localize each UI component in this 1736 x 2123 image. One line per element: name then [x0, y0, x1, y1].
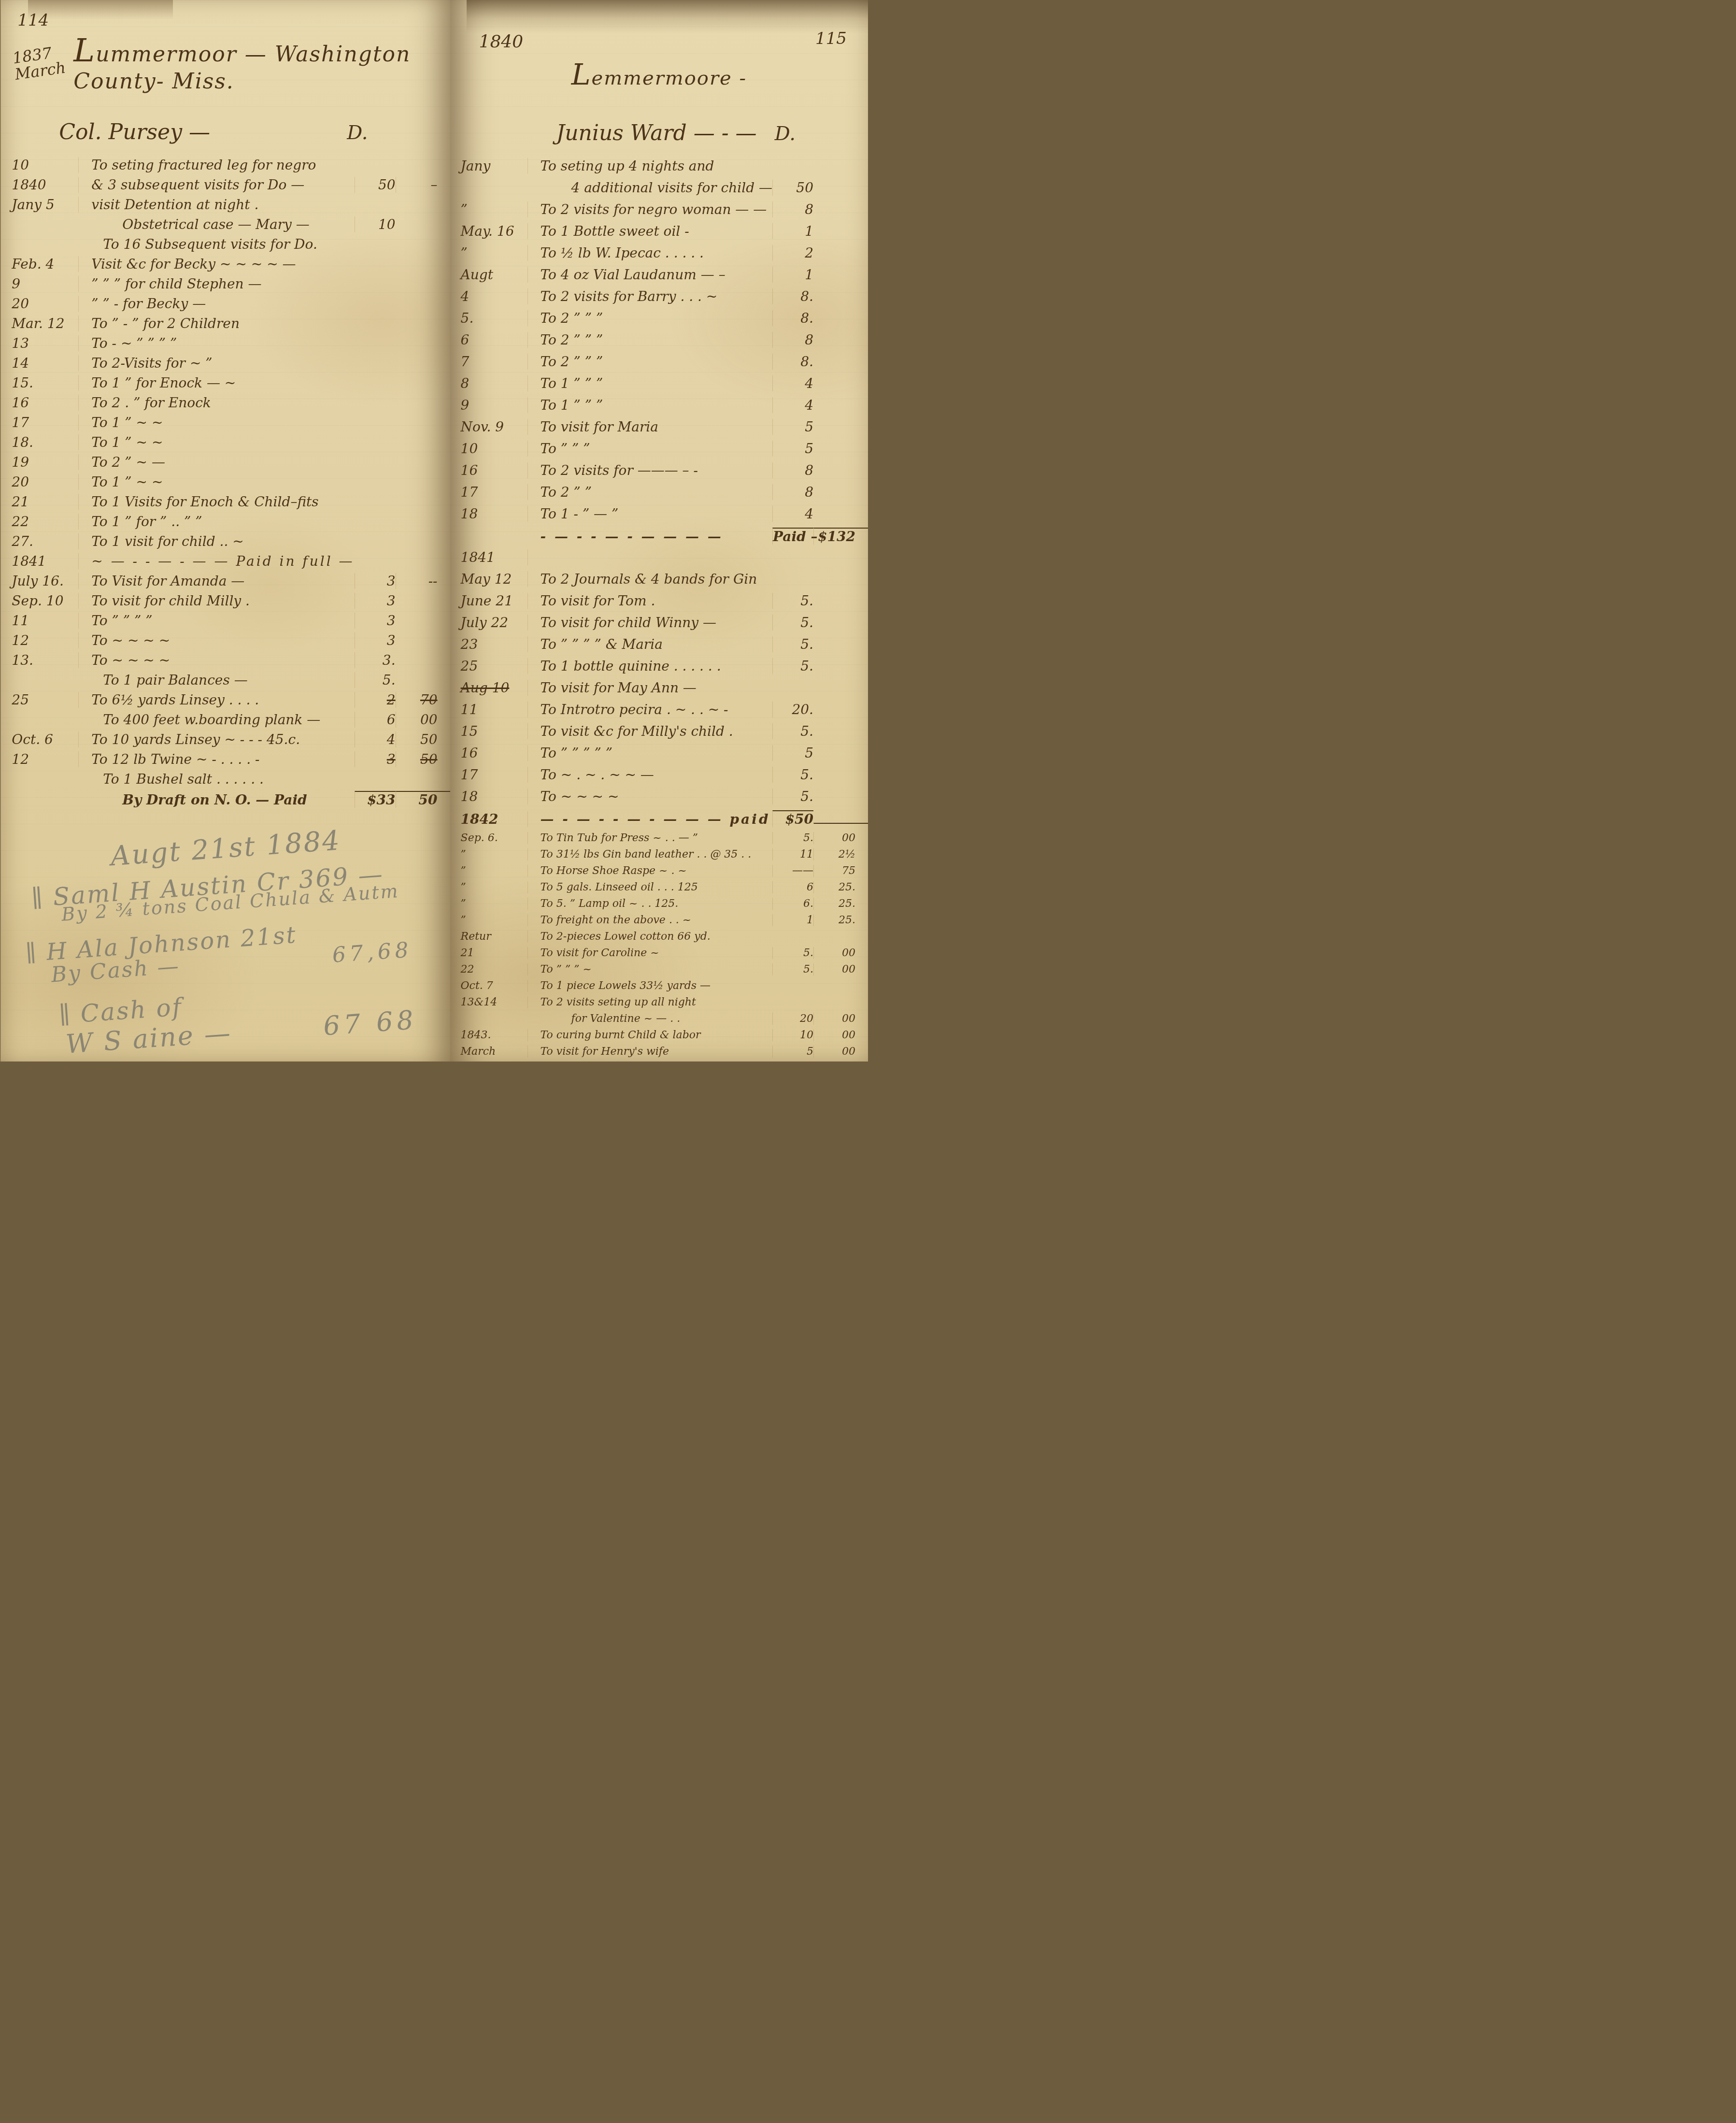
entry-amount-dollars: 4: [772, 375, 813, 391]
entry-date: 11: [1, 613, 79, 629]
pencil-value: 67,68: [331, 937, 413, 967]
ledger-row: 1843.To curing burnt Child & labor1000: [450, 1029, 868, 1046]
entry-date: 18: [450, 789, 528, 804]
entry-description: To visit &c for Milly's child .: [528, 723, 772, 739]
entry-amount-dollars: 4: [772, 506, 813, 522]
entry-description: To 2 . ” for Enock: [79, 395, 354, 411]
ledger-row: 23To ” ” ” ” & Maria5.: [450, 636, 868, 658]
entry-amount-dollars: 5.: [772, 963, 813, 975]
entry-description: To visit for child Winny —: [528, 615, 772, 631]
entry-amount-dollars: 8: [772, 201, 813, 217]
entry-date: 15.: [1, 375, 79, 391]
ledger-row: 8To 1 ” ” ”4: [450, 375, 868, 397]
entry-description: for Valentine ~ — . .: [528, 1013, 772, 1025]
entry-amount-cents: 25.: [813, 898, 868, 910]
entry-date: 23: [450, 636, 528, 652]
entry-date: 16: [450, 462, 528, 478]
entry-date: ”: [450, 201, 528, 217]
ledger-row: 16To 2 . ” for Enock: [1, 395, 450, 415]
entry-description: To 1 pair Balances —: [79, 672, 354, 688]
ledger-row: June 21To visit for Tom .5.: [450, 593, 868, 615]
entry-description: Visit &c for Becky ~ ~ ~ ~ —: [79, 256, 354, 272]
entry-amount-dollars: 50: [355, 177, 396, 193]
entry-date: 6: [450, 332, 528, 348]
entry-date: March: [450, 1046, 528, 1058]
ledger-row: 9To 1 ” ” ”4: [450, 397, 868, 419]
entry-date: 13&14: [450, 996, 528, 1008]
entry-amount-dollars: 5: [772, 745, 813, 761]
entry-description: To ” - ” for 2 Children: [79, 316, 354, 331]
entry-amount-cents: 00: [813, 1029, 868, 1041]
entry-description: To 2 visits seting up all night: [528, 996, 772, 1008]
ledger-row: - — - - — - — — — —Paid –$132: [450, 528, 868, 549]
entry-description: To ” ” ” ” & Maria: [528, 636, 772, 652]
ledger-row: May. 16To 1 Bottle sweet oil -1: [450, 223, 868, 245]
ledger-row: 17To 1 ” ~ ~: [1, 415, 450, 434]
entry-amount-dollars: 10: [355, 216, 396, 232]
entry-description: To seting up 4 nights and: [528, 158, 772, 174]
ledger-row: 17To 2 ” ”8: [450, 484, 868, 506]
entry-amount-cents: 00: [813, 1013, 868, 1025]
entry-amount-cents: 25.: [813, 881, 868, 893]
entry-description: ~ — - - — - — — Paid in full —: [79, 553, 354, 569]
entry-amount-cents: 00: [813, 1046, 868, 1058]
ledger-row: 5.To 2 ” ” ”8.: [450, 310, 868, 332]
pencil-value: 67 68: [323, 1004, 419, 1041]
entry-description: To 1 Bottle sweet oil -: [528, 223, 772, 239]
ledger-row: Feb. 4Visit &c for Becky ~ ~ ~ ~ —: [1, 256, 450, 276]
entry-amount-dollars: 4: [772, 397, 813, 413]
entry-description: Obstetrical case — Mary —: [79, 216, 354, 232]
page-number-right: 115: [815, 29, 847, 48]
ledger-row: 21To 1 Visits for Enoch & Child–fits: [1, 494, 450, 514]
entry-description: To 2 ” ” ”: [528, 332, 772, 348]
entry-date: Aug 10: [450, 680, 528, 696]
ledger-row: ReturTo 2-pieces Lowel cotton 66 yd.: [450, 931, 868, 947]
entry-description: To 12 lb Twine ~ - . . . . -: [79, 751, 354, 767]
account-heading-right: Junius Ward — - — D.: [556, 121, 796, 145]
entry-description: To 1 piece Lowels 33½ yards —: [528, 980, 772, 992]
entry-description: To 2 visits for negro woman — —: [528, 201, 772, 217]
ledger-row: 13&14To 2 visits seting up all night: [450, 996, 868, 1013]
entry-description: To 2-pieces Lowel cotton 66 yd.: [528, 931, 772, 943]
entry-description: To 2 visits for Barry . . . ~: [528, 288, 772, 304]
ledger-row: Mar. 12To ” - ” for 2 Children: [1, 316, 450, 335]
ledger-row: 6To 2 ” ” ”8: [450, 332, 868, 354]
ledger-page-left: 114 1837 March Lummermoor — Washington C…: [1, 0, 450, 1061]
entry-amount-dollars: 5.: [772, 636, 813, 652]
ledger-row: 16To 2 visits for ——— – -8: [450, 462, 868, 484]
entry-amount-dollars: ——: [772, 865, 813, 877]
entry-amount-dollars: 5: [772, 1046, 813, 1058]
entry-date: Retur: [450, 931, 528, 943]
entry-amount-dollars: 1: [772, 223, 813, 239]
entry-amount-dollars: 5.: [772, 723, 813, 739]
entry-date: 12: [1, 751, 79, 767]
ledger-row: 14To 2-Visits for ~ ”: [1, 355, 450, 375]
ledger-row: ”To 5. ” Lamp oil ~ . . 125.6.25.: [450, 898, 868, 914]
entry-description: To curing burnt Child & labor: [528, 1029, 772, 1041]
ledger-row: 1842— - — - - — - — — — paid$50: [450, 810, 868, 832]
ledger-entries-right: JanyTo seting up 4 nights and4 additiona…: [450, 158, 868, 1061]
entry-description: By Draft on N. O. — Paid: [79, 792, 354, 808]
ledger-row: 15.To 1 ” for Enock — ~: [1, 375, 450, 395]
ledger-row: 25To 1 bottle quinine . . . . . .5.: [450, 658, 868, 680]
entry-date: July 22: [450, 615, 528, 631]
entry-date: 15: [450, 723, 528, 739]
entry-date: Feb. 4: [1, 256, 79, 272]
entry-description: To visit for Tom .: [528, 593, 772, 609]
entry-date: 5.: [450, 310, 528, 326]
entry-description: To 1 ” for ” .. ” ”: [79, 514, 354, 530]
entry-description: To 400 feet w.boarding plank —: [79, 712, 354, 728]
ledger-row: 1841: [450, 549, 868, 571]
entry-date: 13: [1, 335, 79, 351]
entry-amount-cents: 2½: [813, 848, 868, 861]
entry-description: To 4 oz Vial Laudanum — –: [528, 267, 772, 283]
entry-description: To 1 Visits for Enoch & Child–fits: [79, 494, 354, 510]
entry-date: 19: [1, 454, 79, 470]
ledger-row: 22To ” ” ” ~5.00: [450, 963, 868, 980]
entry-description: & 3 subsequent visits for Do —: [79, 177, 354, 193]
entry-amount-dollars: 6: [355, 712, 396, 728]
entry-description: To 1 ” ” ”: [528, 397, 772, 413]
entry-amount-dollars: 5.: [772, 615, 813, 631]
entry-description: To visit for Henry's wife: [528, 1046, 772, 1058]
entry-description: To 1 ” for Enock — ~: [79, 375, 354, 391]
ledger-row: Sep. 10To visit for child Milly .3: [1, 593, 450, 613]
entry-description: To ” ” ” ” ”: [528, 745, 772, 761]
entry-date: ”: [450, 245, 528, 261]
entry-amount-dollars: 11: [772, 848, 813, 861]
entry-description: To 2 ” ” ”: [528, 310, 772, 326]
entry-description: To 1 visit for child .. ~: [79, 533, 354, 549]
ledger-row: 10To ” ” ”5: [450, 441, 868, 462]
entry-amount-dollars: 1: [772, 914, 813, 926]
ledger-row: 22To 1 ” for ” .. ” ”: [1, 514, 450, 533]
entry-amount-dollars: $50: [772, 810, 813, 827]
entry-description: — - — - - — - — — — paid: [528, 811, 772, 827]
entry-amount-dollars: 3: [355, 593, 396, 609]
entry-amount-cents: 00: [813, 963, 868, 975]
ledger-row: 7To 2 ” ” ”8.: [450, 354, 868, 375]
ledger-row: 12To ~ ~ ~ ~3: [1, 632, 450, 652]
entry-description: To 2 ” ” ”: [528, 354, 772, 370]
entry-date: 17: [1, 415, 79, 430]
ledger-book: 114 1837 March Lummermoor — Washington C…: [0, 0, 868, 1061]
account-name: Junius Ward — - —: [556, 121, 757, 145]
entry-date: 9: [450, 397, 528, 413]
entry-description: To ” ” ” ~: [528, 963, 772, 975]
entry-date: 9: [1, 276, 79, 292]
ledger-scan: 114 1837 March Lummermoor — Washington C…: [0, 0, 868, 1061]
entry-date: June 21: [450, 593, 528, 609]
debit-abbreviation: D.: [775, 123, 796, 145]
entry-description: To seting fractured leg for negro: [79, 157, 354, 173]
entry-description: To ” ” ”: [528, 441, 772, 457]
ledger-row: 20” ” - for Becky —: [1, 296, 450, 316]
entry-amount-dollars: 8: [772, 484, 813, 500]
entry-date: 21: [1, 494, 79, 510]
entry-date: 13.: [1, 652, 79, 668]
entry-amount-dollars: 3: [355, 751, 396, 767]
ledger-row: 20To 1 ” ~ ~: [1, 474, 450, 494]
entry-amount-cents: 70: [396, 692, 450, 708]
entry-amount-cents: [813, 823, 868, 824]
entry-date: 20: [1, 474, 79, 490]
ledger-row: 25To 6½ yards Linsey . . . .270: [1, 692, 450, 712]
entry-description: To Introtro pecira . ~ . . ~ -: [528, 702, 772, 717]
ledger-row: 11To Introtro pecira . ~ . . ~ -20.: [450, 702, 868, 723]
entry-date: May 12: [450, 571, 528, 587]
entry-amount-dollars: 8: [772, 462, 813, 478]
ledger-row: To 1 Bushel salt . . . . . .: [1, 771, 450, 791]
entry-description: To ½ lb W. Ipecac . . . . .: [528, 245, 772, 261]
entry-date: 12: [1, 632, 79, 648]
entry-date: 1843.: [450, 1029, 528, 1041]
entry-date: 1841: [1, 553, 79, 569]
entry-description: To Tin Tub for Press ~ . . — ”: [528, 832, 772, 844]
entry-description: To 1 Bushel salt . . . . . .: [79, 771, 354, 787]
entry-description: visit Detention at night .: [79, 197, 354, 213]
ledger-row: By Draft on N. O. — Paid$3350: [1, 791, 450, 811]
entry-date: Sep. 6.: [450, 832, 528, 844]
ledger-row: Sep. 6.To Tin Tub for Press ~ . . — ”5.0…: [450, 832, 868, 848]
entry-description: To 1 - ” — ”: [528, 506, 772, 522]
entry-date: 1842: [450, 811, 528, 827]
entry-description: To 2 Journals & 4 bands for Gin: [528, 571, 772, 587]
ledger-row: 18.To 1 ” ~ ~: [1, 434, 450, 454]
ledger-row: 21To visit for Caroline ~5.00: [450, 947, 868, 963]
entry-description: To 1 ” ~ ~: [79, 434, 354, 450]
entry-description: 4 additional visits for child —: [528, 180, 772, 196]
entry-amount-cents: 50: [396, 751, 450, 767]
ledger-row: 1841~ — - - — - — — Paid in full —: [1, 553, 450, 573]
account-heading-left: Col. Pursey — D.: [59, 120, 368, 144]
ledger-row: 18To ~ ~ ~ ~5.: [450, 789, 868, 810]
ledger-row: July 22To visit for child Winny —5.: [450, 615, 868, 636]
entry-description: To ” ” ” ”: [79, 613, 354, 629]
entry-date: 8: [450, 375, 528, 391]
entry-description: To 5 gals. Linseed oil . . . 125: [528, 881, 772, 893]
entry-description: To 2 visits for ——— – -: [528, 462, 772, 478]
ledger-row: Oct. 7To 1 piece Lowels 33½ yards —: [450, 980, 868, 996]
entry-date: Sep. 10: [1, 593, 79, 609]
entry-amount-dollars: 5: [772, 419, 813, 435]
ledger-row: for Valentine ~ — . .2000: [450, 1013, 868, 1029]
entry-date: 27.: [1, 533, 79, 549]
entry-amount-cents: 00: [396, 712, 450, 728]
entry-date: 4: [450, 288, 528, 304]
entry-description: To ~ ~ ~ ~: [79, 652, 354, 668]
ledger-row: ”To 31½ lbs Gin band leather . . @ 35 . …: [450, 848, 868, 865]
ledger-row: AugtTo 4 oz Vial Laudanum — –1: [450, 267, 868, 288]
entry-amount-cents: 00: [813, 947, 868, 959]
entry-date: July 16.: [1, 573, 79, 589]
entry-date: 22: [1, 514, 79, 530]
entry-description: To 2-Visits for ~ ”: [79, 355, 354, 371]
entry-amount-dollars: 2: [355, 692, 396, 708]
ledger-row: Obstetrical case — Mary —10: [1, 216, 450, 236]
pencil-annotations: Augt 21st 1884∥ Saml H Austin Cr 369 —By…: [0, 818, 452, 1061]
ledger-row: ”To ½ lb W. Ipecac . . . . .2: [450, 245, 868, 267]
entry-amount-dollars: $33: [355, 791, 396, 808]
ledger-row: 27.To 1 visit for child .. ~: [1, 533, 450, 553]
page-title-left: Lummermoor — Washington County- Miss.: [73, 32, 450, 94]
entry-date: ”: [450, 881, 528, 893]
entry-amount-dollars: Paid –: [772, 528, 813, 545]
ledger-row: ”To freight on the above . . ~125.: [450, 914, 868, 931]
ledger-page-right: 115 1840 Lemmermoore - Junius Ward — - —…: [450, 0, 868, 1061]
ledger-row: Aug 10To visit for May Ann —: [450, 680, 868, 702]
ledger-row: 4To 2 visits for Barry . . . ~8.: [450, 288, 868, 310]
ledger-row: 15To visit &c for Milly's child .5.: [450, 723, 868, 745]
entry-date: Nov. 9: [450, 419, 528, 435]
entry-date: 16: [1, 395, 79, 411]
entry-date: 10: [1, 157, 79, 173]
ledger-row: 13To - ~ ” ” ” ”: [1, 335, 450, 355]
entry-amount-dollars: 6.: [772, 898, 813, 910]
entry-description: To visit for Maria: [528, 419, 772, 435]
entry-date: 20: [1, 296, 79, 312]
margin-date-right: 1840: [479, 34, 524, 50]
entry-date: Oct. 6: [1, 732, 79, 747]
entry-date: ”: [450, 914, 528, 926]
ledger-row: May 12To 2 Journals & 4 bands for Gin: [450, 571, 868, 593]
entry-description: To 5. ” Lamp oil ~ . . 125.: [528, 898, 772, 910]
ledger-row: ”To Horse Shoe Raspe ~ . ~——75: [450, 865, 868, 881]
entry-amount-dollars: 3: [355, 573, 396, 589]
entry-date: 17: [450, 484, 528, 500]
entry-description: To Horse Shoe Raspe ~ . ~: [528, 865, 772, 877]
ledger-row: 11To ” ” ” ”3: [1, 613, 450, 632]
entry-date: 18.: [1, 434, 79, 450]
entry-description: To freight on the above . . ~: [528, 914, 772, 926]
entry-amount-dollars: 6: [772, 881, 813, 893]
ledger-row: ”To 5 gals. Linseed oil . . . 125625.: [450, 881, 868, 898]
ledger-row: ”To 2 visits for negro woman — —8: [450, 201, 868, 223]
ledger-row: July 16.To Visit for Amanda —3--: [1, 573, 450, 593]
entry-amount-dollars: 50: [772, 180, 813, 196]
entry-description: ” ” ” for child Stephen —: [79, 276, 354, 292]
entry-date: 7: [450, 354, 528, 370]
entry-date: ”: [450, 848, 528, 861]
entry-date: 1840: [1, 177, 79, 193]
ledger-row: 17To ~ . ~ . ~ ~ —5.: [450, 767, 868, 789]
entry-description: To 2 ” ”: [528, 484, 772, 500]
ledger-row: Jany 5visit Detention at night .: [1, 197, 450, 216]
ledger-row: To 16 Subsequent visits for Do.: [1, 236, 450, 256]
ledger-row: 1840& 3 subsequent visits for Do —50–: [1, 177, 450, 197]
entry-date: 25: [450, 658, 528, 674]
entry-description: To 2 ” ~ —: [79, 454, 354, 470]
ledger-row: 19To 2 ” ~ —: [1, 454, 450, 474]
entry-amount-dollars: 3.: [355, 652, 396, 668]
entry-amount-dollars: 5.: [772, 658, 813, 674]
entry-description: To 31½ lbs Gin band leather . . @ 35 . .: [528, 848, 772, 861]
entry-amount-cents: 25.: [813, 914, 868, 926]
entry-amount-dollars: 5.: [772, 767, 813, 783]
entry-amount-dollars: 3: [355, 613, 396, 629]
entry-description: - — - - — - — — — —: [528, 529, 772, 545]
entry-date: 1841: [450, 549, 528, 565]
ledger-row: 10To seting fractured leg for negro: [1, 157, 450, 177]
entry-amount-dollars: 5.: [772, 832, 813, 844]
entry-description: To visit for child Milly .: [79, 593, 354, 609]
page-title-right: Lemmermoore -: [450, 58, 868, 92]
entry-date: 11: [450, 702, 528, 717]
ledger-row: 16To ” ” ” ” ”5: [450, 745, 868, 767]
entry-amount-cents: –: [396, 177, 450, 193]
entry-date: May. 16: [450, 223, 528, 239]
entry-amount-dollars: 5: [772, 441, 813, 457]
entry-amount-dollars: 8: [772, 332, 813, 348]
entry-amount-dollars: 5.: [772, 947, 813, 959]
entry-amount-dollars: 5.: [772, 789, 813, 804]
entry-description: To ~ . ~ . ~ ~ —: [528, 767, 772, 783]
margin-date-left: 1837 March: [12, 43, 67, 83]
entry-date: Mar. 12: [1, 316, 79, 331]
entry-amount-dollars: 4: [355, 732, 396, 747]
entry-date: 16: [450, 745, 528, 761]
entry-description: To 1 ” ~ ~: [79, 474, 354, 490]
entry-description: To 6½ yards Linsey . . . .: [79, 692, 354, 708]
entry-date: 17: [450, 767, 528, 783]
entry-amount-dollars: 20: [772, 1013, 813, 1025]
ledger-row: 12To 12 lb Twine ~ - . . . . -350: [1, 751, 450, 771]
entry-amount-dollars: 8.: [772, 288, 813, 304]
entry-amount-cents: 00: [813, 832, 868, 844]
entry-description: To 1 bottle quinine . . . . . .: [528, 658, 772, 674]
ledger-row: 4 additional visits for child —50: [450, 180, 868, 201]
entry-description: To ~ ~ ~ ~: [528, 789, 772, 804]
ledger-row: 13.To ~ ~ ~ ~3.: [1, 652, 450, 672]
entry-description: To visit for May Ann —: [528, 680, 772, 696]
entry-date: 21: [450, 947, 528, 959]
entry-date: Augt: [450, 267, 528, 283]
entry-description: To 1 ” ” ”: [528, 375, 772, 391]
entry-date: 10: [450, 441, 528, 457]
entry-date: Jany: [450, 158, 528, 174]
entry-date: ”: [450, 898, 528, 910]
ledger-row: Oct. 6To 10 yards Linsey ~ - - - 45.c.45…: [1, 732, 450, 751]
ledger-row: 18To 1 - ” — ”4: [450, 506, 868, 528]
entry-description: To visit for Caroline ~: [528, 947, 772, 959]
debit-abbreviation: D.: [347, 122, 368, 144]
page-number-left: 114: [17, 11, 49, 30]
ledger-row: MarchTo visit for Henry's wife500: [450, 1046, 868, 1061]
entry-amount-cents: 50: [396, 732, 450, 747]
entry-description: To 16 Subsequent visits for Do.: [79, 236, 354, 252]
entry-date: Jany 5: [1, 197, 79, 213]
entry-amount-cents: --: [396, 573, 450, 589]
ledger-row: To 400 feet w.boarding plank —600: [1, 712, 450, 732]
entry-amount-dollars: 5.: [772, 593, 813, 609]
entry-description: ” ” - for Becky —: [79, 296, 354, 312]
entry-date: 18: [450, 506, 528, 522]
ledger-row: Nov. 9To visit for Maria5: [450, 419, 868, 441]
entry-description: To Visit for Amanda —: [79, 573, 354, 589]
entry-amount-dollars: 8.: [772, 354, 813, 370]
entry-description: To ~ ~ ~ ~: [79, 632, 354, 648]
entry-date: Oct. 7: [450, 980, 528, 992]
entry-amount-dollars: 10: [772, 1029, 813, 1041]
entry-amount-cents: 75: [813, 865, 868, 877]
entry-date: ”: [450, 865, 528, 877]
entry-date: 22: [450, 963, 528, 975]
entry-amount-dollars: 20.: [772, 702, 813, 717]
entry-amount-cents: $132: [813, 528, 868, 545]
